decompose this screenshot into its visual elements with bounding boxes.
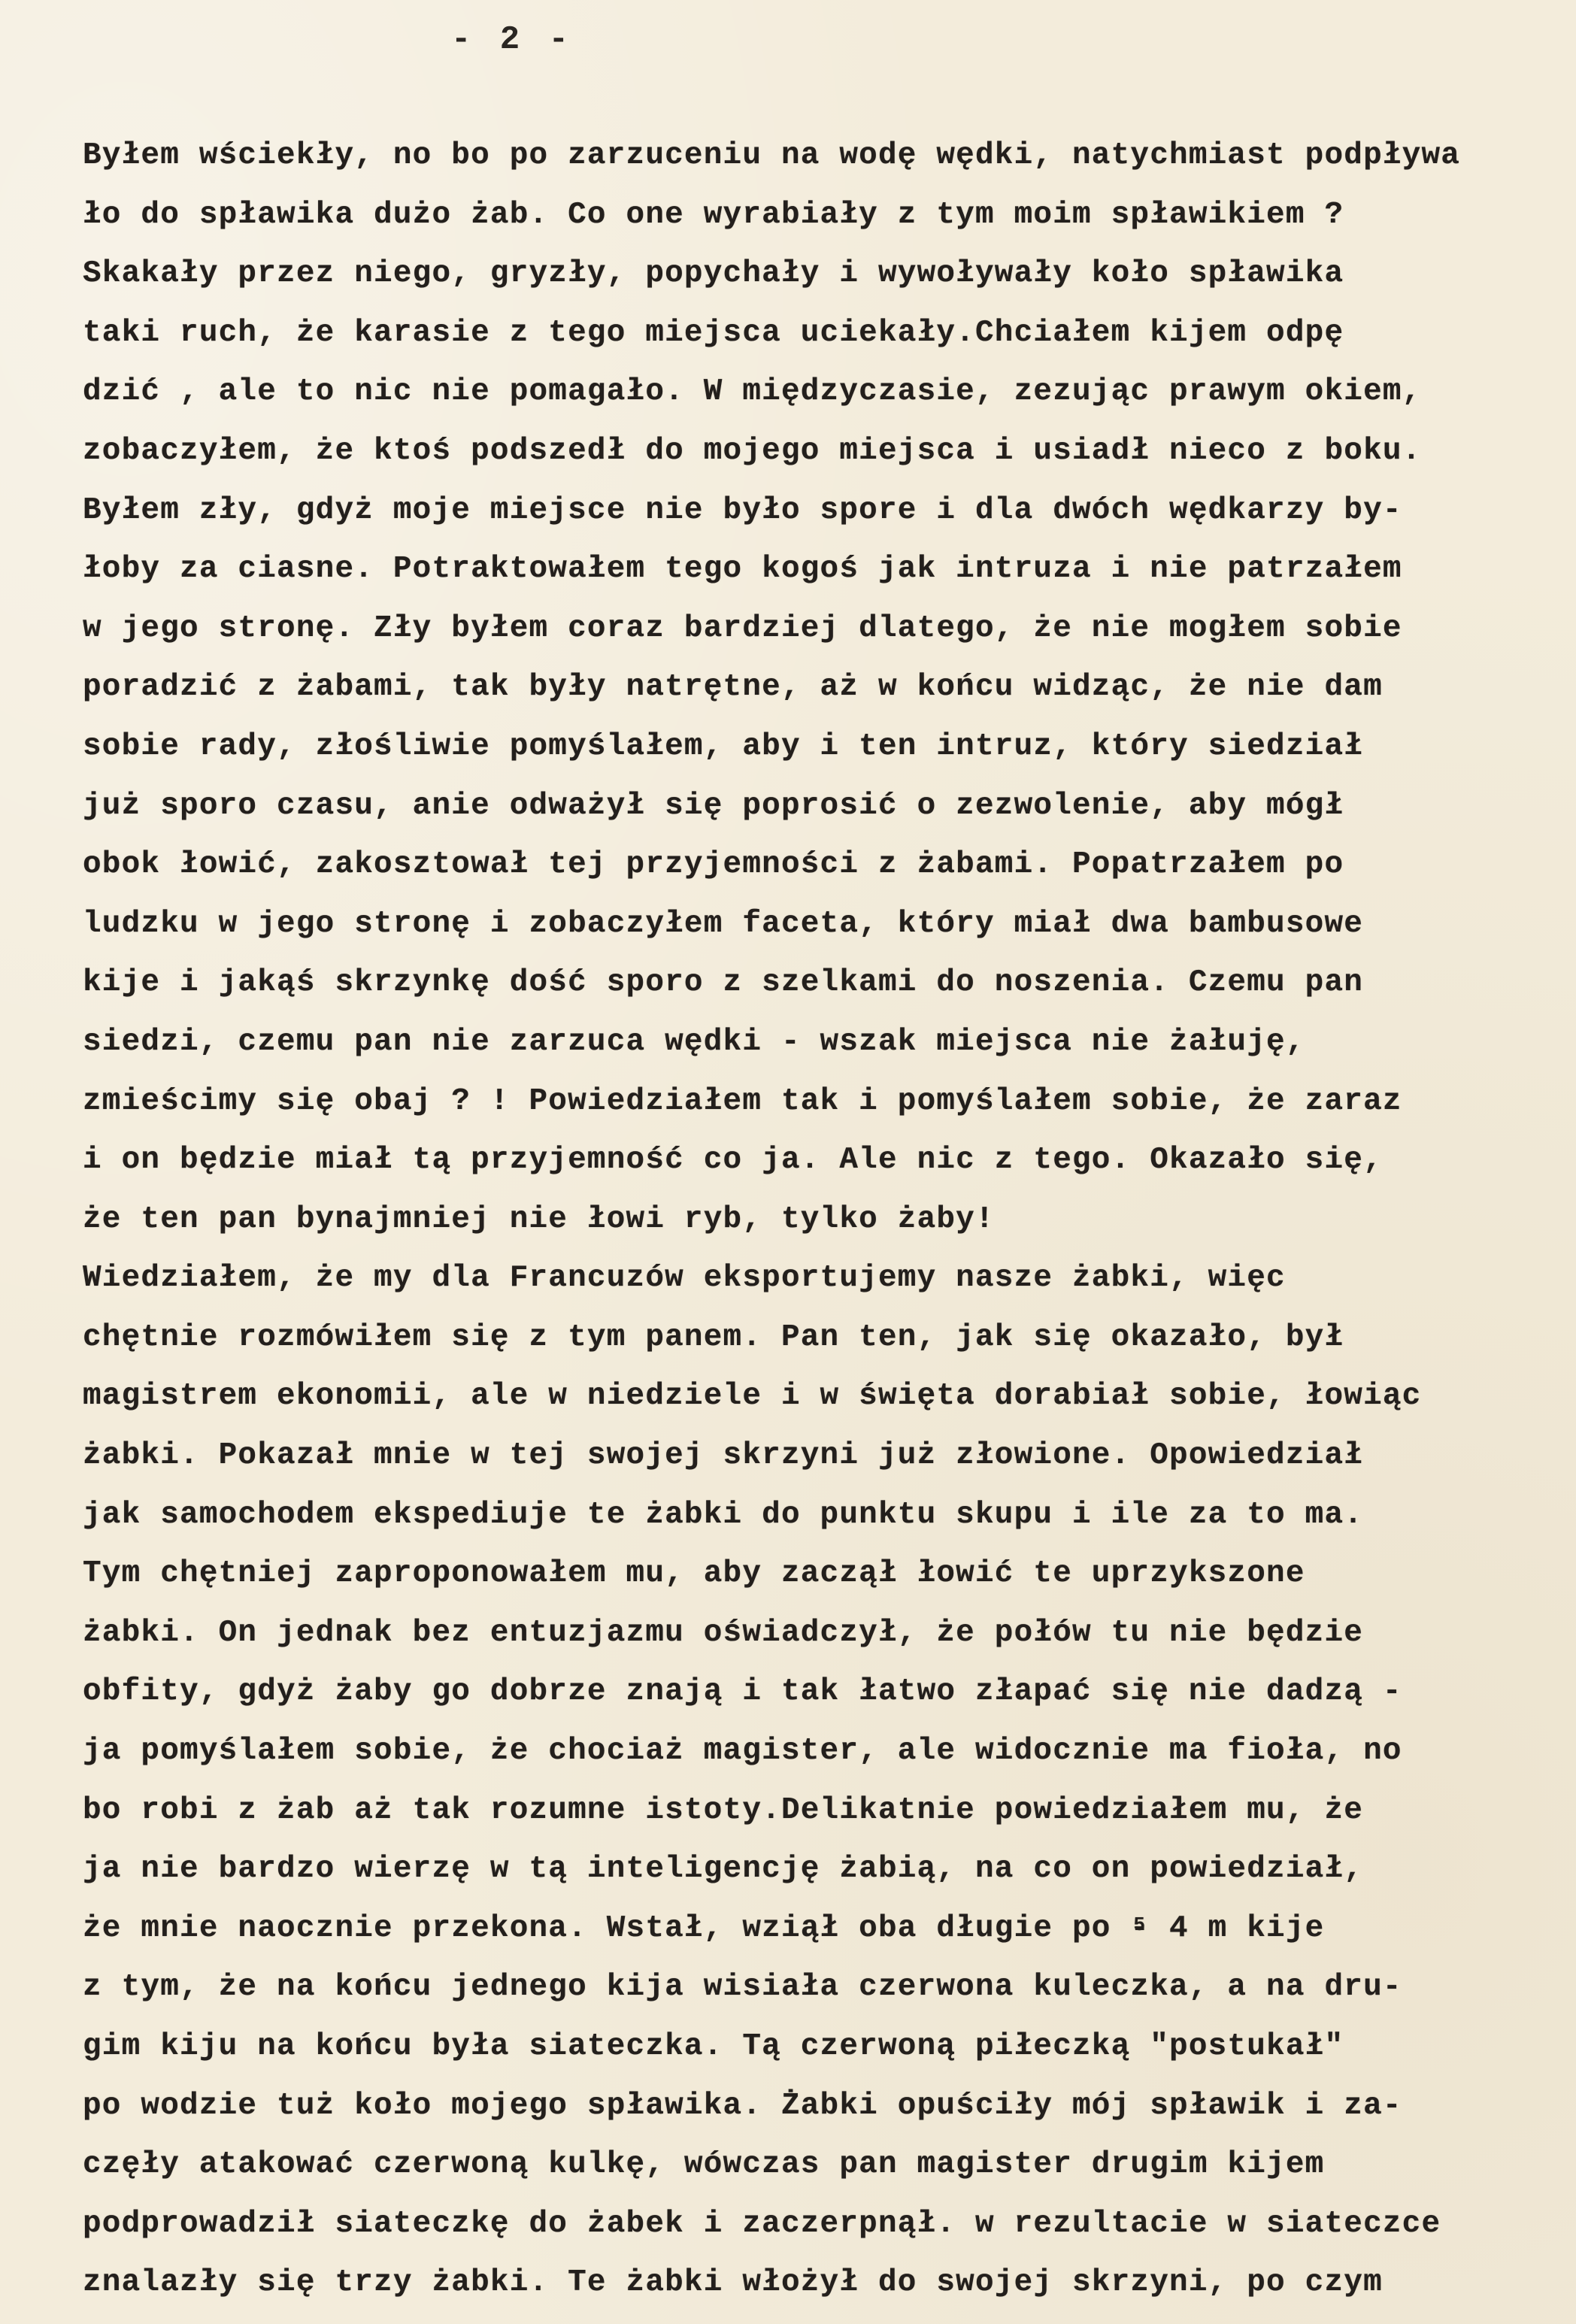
text-line: ło do spławika dużo żab. Co one wyrabiał… <box>83 186 1556 245</box>
text-line: zobaczyłem, że ktoś podszedł do mojego m… <box>83 422 1556 481</box>
text-line: dzić , ale to nic nie pomagało. W między… <box>83 362 1556 422</box>
text-line: taki ruch, że karasie z tego miejsca uci… <box>83 304 1556 363</box>
text-line: już sporo czasu, anie odważył się popros… <box>83 777 1556 836</box>
text-line: żabki. Pokazał mnie w tej swojej skrzyni… <box>83 1426 1556 1486</box>
text-line: częły atakować czerwoną kulkę, wówczas p… <box>83 2135 1556 2195</box>
text-line: z tym, że na końcu jednego kija wisiała … <box>83 1958 1556 2017</box>
text-line: Byłem zły, gdyż moje miejsce nie było sp… <box>83 481 1556 541</box>
text-line: Byłem wściekły, no bo po zarzuceniu na w… <box>83 126 1556 186</box>
text-line: Skakały przez niego, gryzły, popychały i… <box>83 244 1556 304</box>
text-line: w jego stronę. Zły byłem coraz bardziej … <box>83 599 1556 659</box>
text-line: jak samochodem ekspediuje te żabki do pu… <box>83 1486 1556 1545</box>
text-line: sobie rady, złośliwie pomyślałem, aby i … <box>83 717 1556 777</box>
body-text: Byłem wściekły, no bo po zarzuceniu na w… <box>83 126 1556 2313</box>
text-line: bo robi z żab aż tak rozumne istoty.Deli… <box>83 1781 1556 1841</box>
text-line: chętnie rozmówiłem się z tym panem. Pan … <box>83 1308 1556 1368</box>
text-line: siedzi, czemu pan nie zarzuca wędki - ws… <box>83 1013 1556 1072</box>
typewritten-page: - 2 - Byłem wściekły, no bo po zarzuceni… <box>0 0 1576 2324</box>
text-line: magistrem ekonomii, ale w niedziele i w … <box>83 1367 1556 1426</box>
text-line: ja nie bardzo wierzę w tą inteligencję ż… <box>83 1840 1556 1899</box>
text-line: że ten pan bynajmniej nie łowi ryb, tylk… <box>83 1190 1556 1250</box>
text-line: Tym chętniej zaproponowałem mu, aby zacz… <box>83 1544 1556 1604</box>
text-line: ludzku w jego stronę i zobaczyłem faceta… <box>83 895 1556 954</box>
text-line: ja pomyślałem sobie, że chociaż magister… <box>83 1722 1556 1781</box>
text-line: obok łowić, zakosztował tej przyjemności… <box>83 835 1556 895</box>
text-line: zmieścimy się obaj ? ! Powiedziałem tak … <box>83 1072 1556 1132</box>
text-line: żabki. On jednak bez entuzjazmu oświadcz… <box>83 1604 1556 1663</box>
text-line: poradzić z żabami, tak były natrętne, aż… <box>83 658 1556 717</box>
text-line: Wiedziałem, że my dla Francuzów eksportu… <box>83 1249 1556 1308</box>
text-line: znalazły się trzy żabki. Te żabki włożył… <box>83 2253 1556 2313</box>
text-line: i on będzie miał tą przyjemność co ja. A… <box>83 1131 1556 1190</box>
text-line: podprowadził siateczkę do żabek i zaczer… <box>83 2195 1556 2254</box>
text-line: po wodzie tuż koło mojego spławika. Żabk… <box>83 2077 1556 2136</box>
page-number: - 2 - <box>451 21 573 59</box>
text-line: obfity, gdyż żaby go dobrze znają i tak … <box>83 1662 1556 1722</box>
text-line: kije i jakąś skrzynkę dość sporo z szelk… <box>83 953 1556 1013</box>
text-line-with-mark: że mnie naocznie przekona. Wstał, wziął … <box>83 1899 1556 1959</box>
text-line: łoby za ciasne. Potraktowałem tego kogoś… <box>83 540 1556 599</box>
text-line: gim kiju na końcu była siateczka. Tą cze… <box>83 2017 1556 2077</box>
